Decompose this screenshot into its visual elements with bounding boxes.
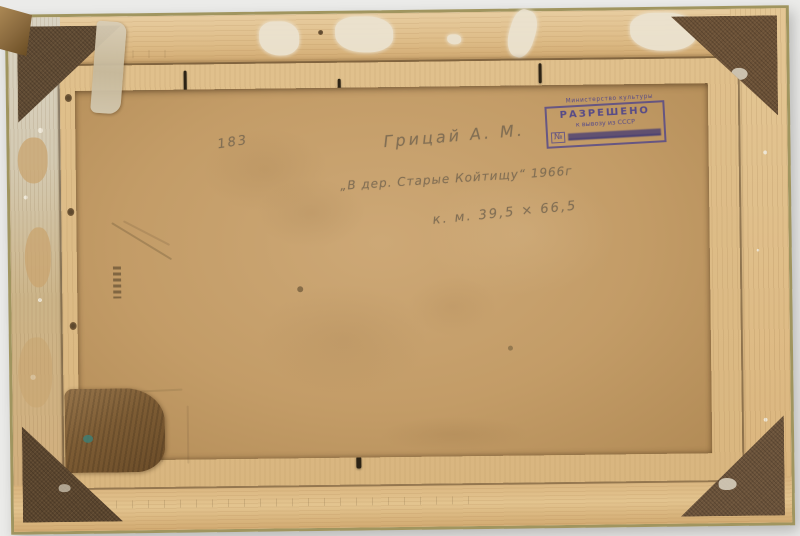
backing-board: 183 Грицай А. М. „В дер. Старые Койтищу“… <box>75 83 712 461</box>
paint-patch <box>503 7 542 61</box>
paint-speck <box>719 478 737 490</box>
picture-frame-back: 183 Грицай А. М. „В дер. Старые Койтищу“… <box>5 5 795 535</box>
paint-patch <box>335 16 393 53</box>
paint-patch <box>259 21 299 55</box>
paint-dab <box>83 435 93 443</box>
stain-speck <box>508 346 513 351</box>
export-stamp: Министерство культуры РАЗРЕШЕНО к вывозу… <box>544 89 667 148</box>
stretcher-bars: 183 Грицай А. М. „В дер. Старые Койтищу“… <box>59 58 742 488</box>
pencil-ruler-marks <box>84 496 484 509</box>
stretcher-knot <box>67 208 74 216</box>
nail <box>538 63 541 83</box>
inventory-number: 183 <box>216 133 249 152</box>
nail <box>356 456 361 468</box>
stain-speck <box>297 286 303 292</box>
dimensions-inscription: к. м. 39,5 × 66,5 <box>432 199 578 228</box>
stamp-signature-smudge <box>568 128 661 140</box>
worn-wood-patch <box>17 137 48 183</box>
title-inscription: „В дер. Старые Койтищу“ 1966г <box>340 164 573 193</box>
frame-corner-chip <box>0 6 32 56</box>
stretcher-knot <box>65 94 72 102</box>
mini-stamp <box>113 266 121 298</box>
stain <box>379 415 529 453</box>
worn-wood-patch <box>18 337 53 407</box>
artist-inscription: Грицай А. М. <box>383 121 526 152</box>
paint-patch <box>447 34 461 44</box>
damage-patch <box>64 388 165 473</box>
pencil-ruler-marks <box>116 50 176 59</box>
stretcher-knot <box>70 322 77 330</box>
stain <box>407 276 498 337</box>
pencil-scribble <box>187 406 190 464</box>
paint-speck <box>59 484 71 492</box>
photo-background: 183 Грицай А. М. „В дер. Старые Койтищу“… <box>0 0 800 536</box>
worn-wood-patch <box>24 227 51 287</box>
nail-hole <box>318 30 323 35</box>
stamp-number-box: № <box>551 132 566 144</box>
stamp-box: РАЗРЕШЕНО к вывозу из СССР № <box>544 100 666 148</box>
stain <box>256 177 367 248</box>
